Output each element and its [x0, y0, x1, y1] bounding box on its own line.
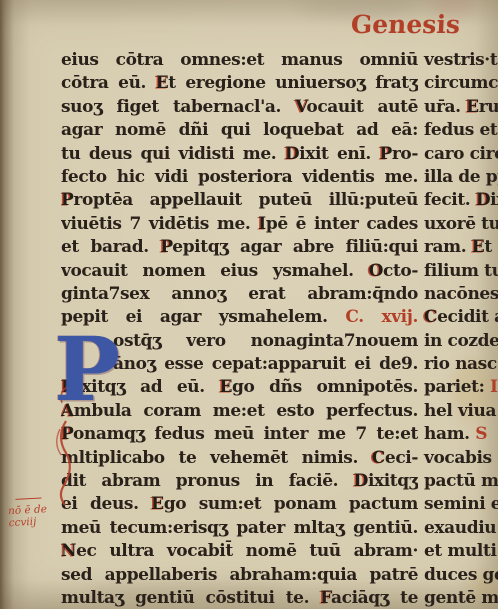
- text-segment: onamqʒ fedus meū inter me 7 te:et: [73, 424, 418, 444]
- text-segment: et barad.: [61, 237, 160, 257]
- text-segment: go dñs omnipotēs.: [232, 377, 418, 397]
- text-line: in cozde: [424, 330, 498, 353]
- text-segment: ham.: [424, 424, 475, 444]
- book-page: Genesis eius cōtra omnes:et manus omniūc…: [0, 0, 498, 609]
- rubricated-segment: P: [61, 424, 73, 444]
- rubricated-segment: D: [285, 144, 299, 164]
- text-segment: vocabis: [424, 448, 492, 468]
- text-line: pepit ei agar ysmahelem. C. xvij.: [61, 306, 418, 329]
- rubricated-segment: C: [424, 307, 437, 327]
- text-line: Nec ultra vocabit̄ nomē tuū abram·: [61, 540, 418, 563]
- text-line: ram. Et: [424, 236, 498, 259]
- text-segment: filium tu: [424, 261, 498, 281]
- text-segment: fecit.: [424, 190, 476, 210]
- text-segment: circumci: [424, 73, 498, 93]
- text-segment: caro circ: [424, 144, 498, 164]
- text-line: ham. S: [424, 423, 498, 446]
- text-line: fecto hic vidi posteriora videntis me.: [61, 166, 418, 189]
- running-header: Genesis: [350, 10, 461, 39]
- text-line: ānoʒ esse cepat:apparuit ei de9.: [61, 353, 418, 376]
- text-segment: in cozde: [424, 331, 498, 351]
- marginal-note-line1: nō ē de: [8, 503, 47, 517]
- text-line: pariet: I: [424, 376, 498, 399]
- text-line: Proptēa appellauit puteū illū:puteū: [61, 189, 418, 212]
- text-segment: viuētis 7 vidētis me.: [61, 214, 258, 234]
- text-line: suoʒ figet tabernacl'a. Vocauit autē: [61, 96, 418, 119]
- text-line: sed appellaberis abraham:quia patrē: [61, 564, 418, 587]
- text-line: filium tu: [424, 260, 498, 283]
- text-segment: aciāqʒ te: [331, 588, 418, 608]
- text-segment: pē ē inter cades: [266, 214, 418, 234]
- rubricated-segment: A: [61, 401, 74, 421]
- rubricated-segment: E: [219, 377, 232, 397]
- text-line: hel viua: [424, 400, 498, 423]
- text-segment: exaudiu: [424, 518, 496, 538]
- text-segment: multaʒ gentiū cōstitui te.: [61, 588, 320, 608]
- text-segment: eius cōtra omnes:et manus omniū: [61, 50, 418, 70]
- text-line: multaʒ gentiū cōstitui te. Faciāqʒ te: [61, 587, 418, 609]
- text-line: eius cōtra omnes:et manus omniū: [61, 49, 418, 72]
- text-line: exaudiu: [424, 517, 498, 540]
- text-segment: t eregione uniuersoʒ fratʒ: [168, 73, 418, 93]
- right-text-column: vestris·tcircumciur̄a. Erufedus etecaro …: [424, 49, 498, 609]
- text-line: et multi: [424, 540, 498, 563]
- text-line: ginta7sex annoʒ erat abram:q̄ndo: [61, 283, 418, 306]
- text-segment: ocauit autē: [306, 97, 418, 117]
- rubricated-segment: F: [320, 588, 331, 608]
- rubricated-segment: N: [61, 541, 76, 561]
- text-line: gentē ma: [424, 587, 498, 609]
- marginal-note: nō ē de ccviij: [7, 491, 57, 529]
- text-segment: agar nomē dñi qui loquebat ad eā:: [61, 120, 418, 140]
- text-line: vocabis: [424, 447, 498, 470]
- text-line: vocauit nomen eius ysmahel. Octo-: [61, 260, 418, 283]
- text-line: circumci: [424, 72, 498, 95]
- text-segment: roptēa appellauit puteū illū:puteū: [73, 190, 418, 210]
- rubricated-segment: S: [475, 424, 487, 444]
- rubricated-segment: D: [476, 190, 490, 210]
- text-segment: ec ultra vocabit̄ nomē tuū abram·: [76, 541, 418, 561]
- text-line: duces ge: [424, 564, 498, 587]
- text-segment: pariet:: [424, 377, 490, 397]
- rubricated-segment: I: [258, 214, 266, 234]
- text-segment: semini ei: [424, 494, 498, 514]
- text-line: Ponamqʒ fedus meū inter me 7 te:et: [61, 423, 418, 446]
- text-segment: fedus ete: [424, 120, 498, 140]
- text-segment: cto-: [383, 261, 418, 281]
- rubricated-segment: I: [490, 377, 498, 397]
- rubricated-segment: P: [160, 237, 172, 257]
- text-line: tu deus qui vidisti me. Dixit enī. Pro-: [61, 143, 418, 166]
- text-segment: pactū m: [424, 471, 498, 491]
- text-line: pactū m: [424, 470, 498, 493]
- text-line: semini ei: [424, 493, 498, 516]
- text-segment: ro-: [392, 144, 418, 164]
- text-line: Cecidit a: [424, 306, 498, 329]
- text-line: Dixitqʒ ad eū. Ego dñs omnipotēs.: [61, 376, 418, 399]
- text-line: fedus ete: [424, 119, 498, 142]
- rubricated-segment: E: [472, 237, 485, 257]
- rubricated-segment: E: [156, 73, 169, 93]
- text-line: ostq̄ʒ vero nonaginta7nouem: [61, 330, 418, 353]
- text-segment: illa de pp: [424, 167, 498, 187]
- text-segment: meū tecum:erisqʒ pater mltaʒ gentiū.: [61, 518, 418, 538]
- text-line: viuētis 7 vidētis me. Ipē ē inter cades: [61, 213, 418, 236]
- text-line: meū tecum:erisqʒ pater mltaʒ gentiū.: [61, 517, 418, 540]
- text-segment: ix: [490, 190, 498, 210]
- rubricated-segment: P: [61, 190, 73, 210]
- rubricated-segment: E: [151, 494, 164, 514]
- text-line: rio nasc: [424, 353, 498, 376]
- text-segment: hel viua: [424, 401, 496, 421]
- text-line: agar nomē dñi qui loquebat ad eā:: [61, 119, 418, 142]
- text-segment: ixit enī.: [299, 144, 379, 164]
- text-line: vestris·t: [424, 49, 498, 72]
- text-line: fecit. Dix: [424, 189, 498, 212]
- text-segment: tu deus qui vidisti me.: [61, 144, 285, 164]
- text-segment: ei deus.: [61, 494, 151, 514]
- text-segment: suoʒ figet tabernacl'a.: [61, 97, 295, 117]
- text-line: dit abram pronus in faciē. Dixitqʒ: [61, 470, 418, 493]
- text-segment: eci-: [385, 448, 418, 468]
- text-segment: mbula coram me:et esto perfectus.: [74, 401, 418, 421]
- rubricated-segment: D: [354, 471, 368, 491]
- text-segment: ur̄a.: [424, 97, 466, 117]
- text-segment: vestris·t: [424, 50, 497, 70]
- text-segment: vocauit nomen eius ysmahel.: [61, 261, 369, 281]
- text-segment: go sum:et ponam pactum: [164, 494, 418, 514]
- text-segment: cōtra eū.: [61, 73, 156, 93]
- text-segment: ostq̄ʒ vero nonaginta7nouem: [113, 331, 418, 351]
- text-segment: mltiplicabo te vehemēt nimis.: [61, 448, 372, 468]
- rubricated-segment: C. xvij.: [345, 307, 418, 327]
- text-line: mltiplicabo te vehemēt nimis. Ceci-: [61, 447, 418, 470]
- text-segment: rio nasc: [424, 354, 497, 374]
- text-segment: ru: [479, 97, 498, 117]
- text-line: Ambula coram me:et esto perfectus.: [61, 400, 418, 423]
- text-line: et barad. Pepitqʒ agar abre filiū:qui: [61, 236, 418, 259]
- text-segment: duces ge: [424, 565, 498, 585]
- text-segment: sed appellaberis abraham:quia patrē: [61, 565, 418, 585]
- marginal-note-line2: ccviij: [8, 516, 36, 529]
- text-segment: ecidit a: [437, 307, 498, 327]
- text-line: uxorē tu: [424, 213, 498, 236]
- text-segment: et multi: [424, 541, 497, 561]
- rubricated-segment: O: [369, 261, 383, 281]
- text-segment: epitqʒ agar abre filiū:qui: [172, 237, 418, 257]
- rubricated-segment: V: [295, 97, 306, 117]
- rubricated-segment: D: [61, 377, 75, 397]
- text-segment: ram.: [424, 237, 472, 257]
- text-segment: ixitqʒ ad eū.: [75, 377, 219, 397]
- text-segment: uxorē tu: [424, 214, 498, 234]
- rubricated-segment: E: [466, 97, 479, 117]
- text-segment: dit abram pronus in faciē.: [61, 471, 354, 491]
- text-segment: pepit ei agar ysmahelem.: [61, 307, 345, 327]
- text-line: ei deus. Ego sum:et ponam pactum: [61, 493, 418, 516]
- text-line: nacōnes: [424, 283, 498, 306]
- text-segment: ginta7sex annoʒ erat abram:q̄ndo: [61, 284, 418, 304]
- note-flourish: [15, 497, 41, 501]
- text-segment: fecto hic vidi posteriora videntis me.: [61, 167, 418, 187]
- text-line: illa de pp: [424, 166, 498, 189]
- text-line: ur̄a. Eru: [424, 96, 498, 119]
- text-segment: t: [484, 237, 491, 257]
- text-segment: gentē ma: [424, 588, 498, 608]
- rubricated-segment: P: [379, 144, 391, 164]
- text-segment: ixitqʒ: [368, 471, 418, 491]
- text-line: cōtra eū. Et eregione uniuersoʒ fratʒ: [61, 72, 418, 95]
- text-segment: nacōnes: [424, 284, 498, 304]
- left-text-column: eius cōtra omnes:et manus omniūcōtra eū.…: [61, 49, 418, 609]
- text-segment: ānoʒ esse cepat:apparuit ei de9.: [113, 354, 418, 374]
- text-line: caro circ: [424, 143, 498, 166]
- rubricated-segment: C: [372, 448, 385, 468]
